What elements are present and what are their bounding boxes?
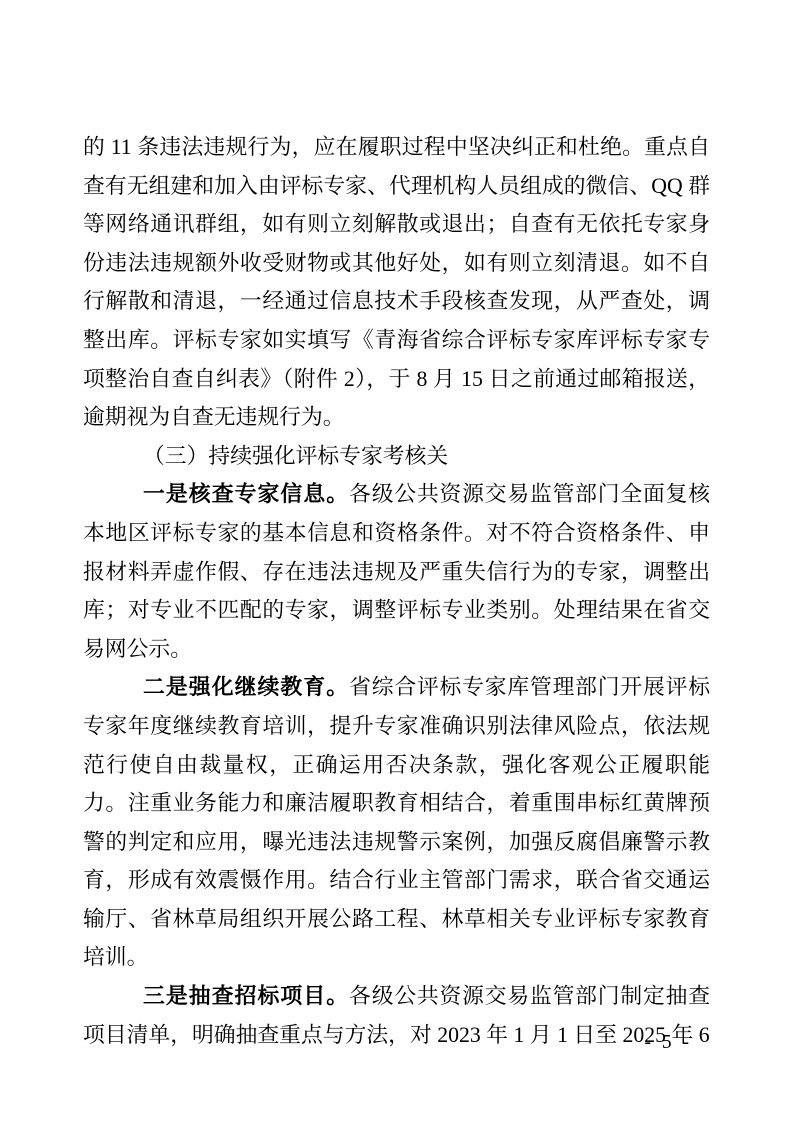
item-2-lead: 二是强化继续教育。 (143, 675, 349, 699)
item-paragraph-1: 一是核查专家信息。各级公共资源交易监管部门全面复核本地区评标专家的基本信息和资格… (83, 475, 710, 668)
item-paragraph-3: 三是抽查招标项目。各级公共资源交易监管部门制定抽查项目清单，明确抽查重点与方法，… (83, 977, 710, 1054)
item-1-lead: 一是核查专家信息。 (143, 482, 349, 506)
item-2-text: 省综合评标专家库管理部门开展评标专家年度继续教育培训，提升专家准确识别法律风险点… (83, 675, 710, 969)
continuation-paragraph: 的 11 条违法违规行为，应在履职过程中坚决纠正和杜绝。重点自查有无组建和加入由… (83, 128, 710, 437)
item-paragraph-2: 二是强化继续教育。省综合评标专家库管理部门开展评标专家年度继续教育培训，提升专家… (83, 668, 710, 977)
item-3-lead: 三是抽查招标项目。 (143, 984, 349, 1008)
document-body: 的 11 条违法违规行为，应在履职过程中坚决纠正和杜绝。重点自查有无组建和加入由… (83, 128, 710, 1054)
section-heading: （三）持续强化评标专家考核关 (83, 437, 710, 476)
item-1-text: 各级公共资源交易监管部门全面复核本地区评标专家的基本信息和资格条件。对不符合资格… (83, 482, 710, 660)
page-number: - 5 - (645, 1031, 693, 1055)
document-page: 的 11 条违法违规行为，应在履职过程中坚决纠正和杜绝。重点自查有无组建和加入由… (0, 0, 793, 1122)
